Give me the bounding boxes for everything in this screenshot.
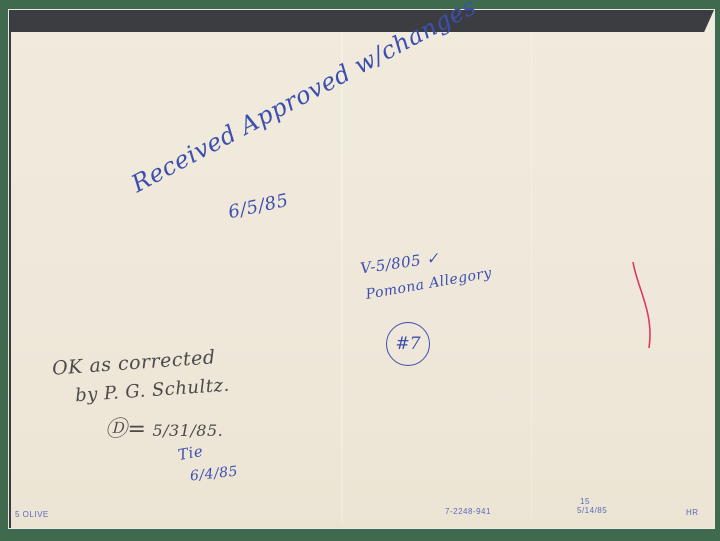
paper-crease — [341, 32, 343, 522]
circled-number: #7 — [386, 322, 430, 366]
bottom-right-initials: HR — [686, 508, 699, 517]
bottom-date-superscript: 15 — [580, 497, 590, 506]
top-binding-band — [11, 10, 714, 32]
red-pen-mark — [630, 260, 660, 350]
bottom-code: 7-2248-941 — [445, 507, 491, 516]
paper-crease — [531, 32, 532, 522]
ok-note-date: 5/31/85. — [152, 421, 223, 440]
circled-number-text: #7 — [395, 334, 420, 354]
ok-note-line3: Ⓓ=5/31/85. — [105, 412, 223, 443]
signature-initials: Ⓓ= — [105, 417, 146, 442]
bottom-left-label: 5 OLIVE — [15, 510, 49, 519]
bottom-date: 5/14/85 — [577, 506, 607, 515]
